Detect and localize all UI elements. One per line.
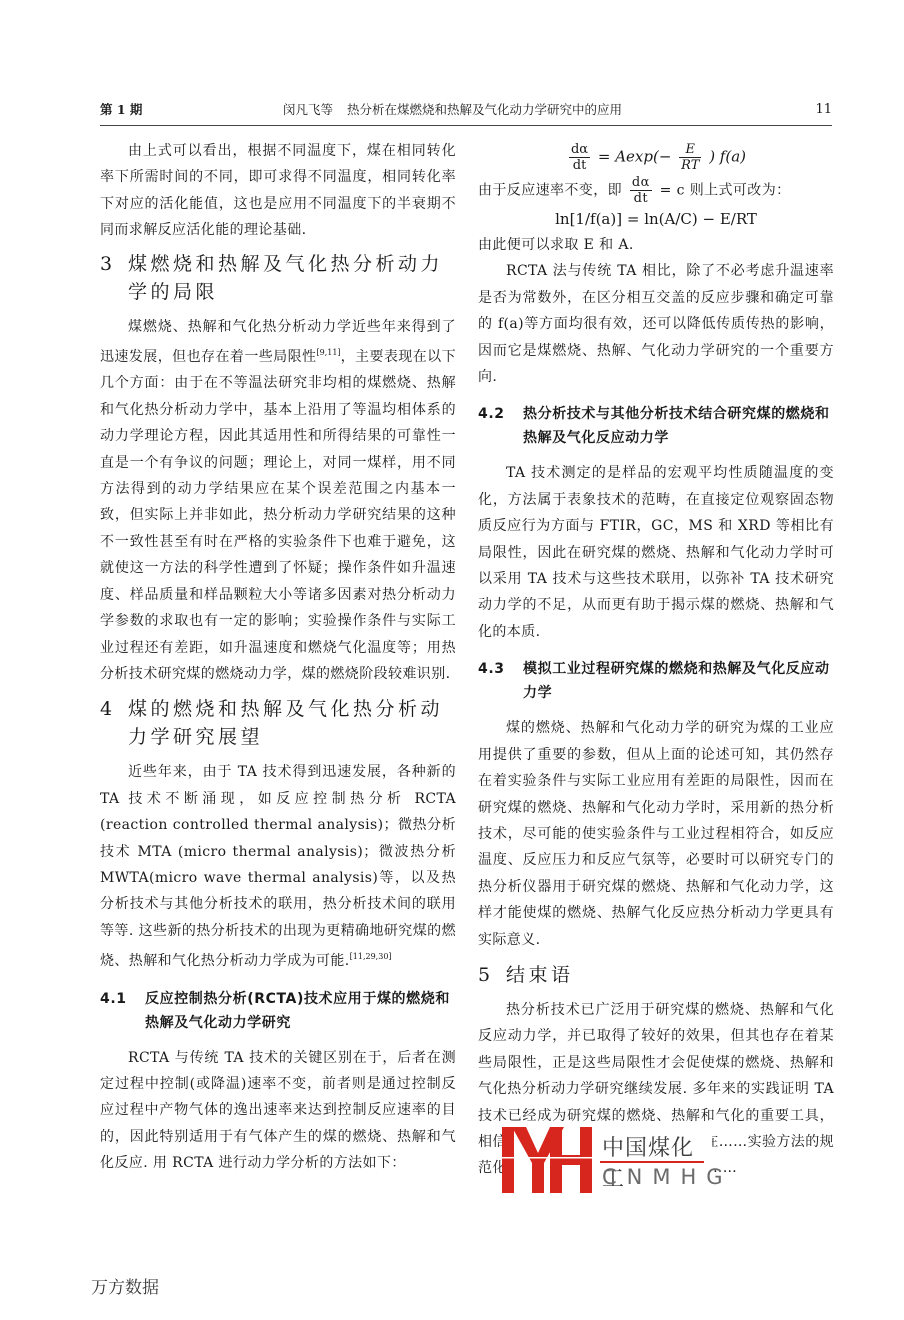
paragraph: 近些年来，由于 TA 技术得到迅速发展，各种新的 TA 技术不断涌现，如反应控制… xyxy=(100,759,456,974)
subsection-heading-4-3: 4.3 模拟工业过程研究煤的燃烧和热解及气化反应动力学 xyxy=(478,657,834,705)
paragraph: RCTA 与传统 TA 技术的关键区别在于，后者在测定过程中控制(或降温)速率不… xyxy=(100,1045,456,1177)
paragraph: 煤燃烧、热解和气化热分析动力学近些年来得到了迅速发展，但也存在着一些局限性[9,… xyxy=(100,314,456,688)
citation: [9,11] xyxy=(316,348,340,357)
issue-number: 第 1 期 xyxy=(100,100,142,118)
subsection-number: 4.1 xyxy=(100,987,145,1035)
section-title: 结束语 xyxy=(506,961,834,989)
paragraph: 由上式可以看出，根据不同温度下，煤在相同转化率下所需时间的不同，即可求得不同温度… xyxy=(100,138,456,244)
subsection-title: 热分析技术与其他分析技术结合研究煤的燃烧和热解及气化反应动力学 xyxy=(523,402,834,450)
running-title: 闵凡飞等热分析在煤燃烧和热解及气化动力学研究中的应用 xyxy=(283,100,622,118)
cnmhg-watermark: 中国煤化工 CNMHG xyxy=(502,1127,712,1193)
subsection-number: 4.3 xyxy=(478,657,523,705)
subsection-heading-4-2: 4.2 热分析技术与其他分析技术结合研究煤的燃烧和热解及气化反应动力学 xyxy=(478,402,834,450)
page-number: 11 xyxy=(815,102,832,117)
subsection-title: 模拟工业过程研究煤的燃烧和热解及气化反应动力学 xyxy=(523,657,834,705)
paragraph: 由于反应速率不变，即 dαdt = c 则上式可改为： xyxy=(478,175,834,206)
paragraph: 煤的燃烧、热解和气化动力学的研究为煤的工业应用提供了重要的参数，但从上面的论述可… xyxy=(478,715,834,953)
section-number: 3 xyxy=(100,250,128,306)
paragraph: TA 技术测定的是样品的宏观平均性质随温度的变化，方法属于表象技术的范畴，在直接… xyxy=(478,460,834,645)
authors: 闵凡飞等 xyxy=(283,102,333,117)
citation: [11,29,30] xyxy=(350,952,392,961)
fraction: ERT xyxy=(679,142,701,173)
subsection-title: 反应控制热分析(RCTA)技术应用于煤的燃烧和热解及气化动力学研究 xyxy=(145,987,456,1035)
equation-log: ln[1/f(a)] = ln(A/C) − E/RT xyxy=(478,206,834,232)
section-number: 4 xyxy=(100,695,128,751)
paragraph: RCTA 法与传统 TA 相比，除了不必考虑升温速率是否为常数外，在区分相互交盖… xyxy=(478,258,834,390)
fraction: dαdt xyxy=(630,175,652,206)
mh-logo-icon xyxy=(502,1127,592,1193)
right-column: dαdt = Aexp(− ERT ) f(a) 由于反应速率不变，即 dαdt… xyxy=(478,138,834,1182)
footer-brand: 万方数据 xyxy=(91,1273,159,1298)
header-rule xyxy=(100,125,832,126)
subsection-number: 4.2 xyxy=(478,402,523,450)
watermark-divider xyxy=(600,1161,704,1163)
section-heading-5: 5 结束语 xyxy=(478,961,834,989)
equation-rate: dαdt = Aexp(− ERT ) f(a) xyxy=(478,142,834,173)
section-heading-3: 3 煤燃烧和热解及气化热分析动力学的局限 xyxy=(100,250,456,306)
section-number: 5 xyxy=(478,961,506,989)
fraction: dαdt xyxy=(569,142,590,173)
section-heading-4: 4 煤的燃烧和热解及气化热分析动力学研究展望 xyxy=(100,695,456,751)
left-column: 由上式可以看出，根据不同温度下，煤在相同转化率下所需时间的不同，即可求得不同温度… xyxy=(100,138,456,1177)
section-title: 煤燃烧和热解及气化热分析动力学的局限 xyxy=(128,250,456,306)
subsection-heading-4-1: 4.1 反应控制热分析(RCTA)技术应用于煤的燃烧和热解及气化动力学研究 xyxy=(100,987,456,1035)
watermark-en-text: CNMHG xyxy=(602,1165,733,1189)
running-header: 第 1 期 闵凡飞等热分析在煤燃烧和热解及气化动力学研究中的应用 11 xyxy=(100,100,832,118)
article-title: 热分析在煤燃烧和热解及气化动力学研究中的应用 xyxy=(347,102,622,117)
section-title: 煤的燃烧和热解及气化热分析动力学研究展望 xyxy=(128,695,456,751)
paragraph: 由此便可以求取 E 和 A. xyxy=(478,232,834,258)
